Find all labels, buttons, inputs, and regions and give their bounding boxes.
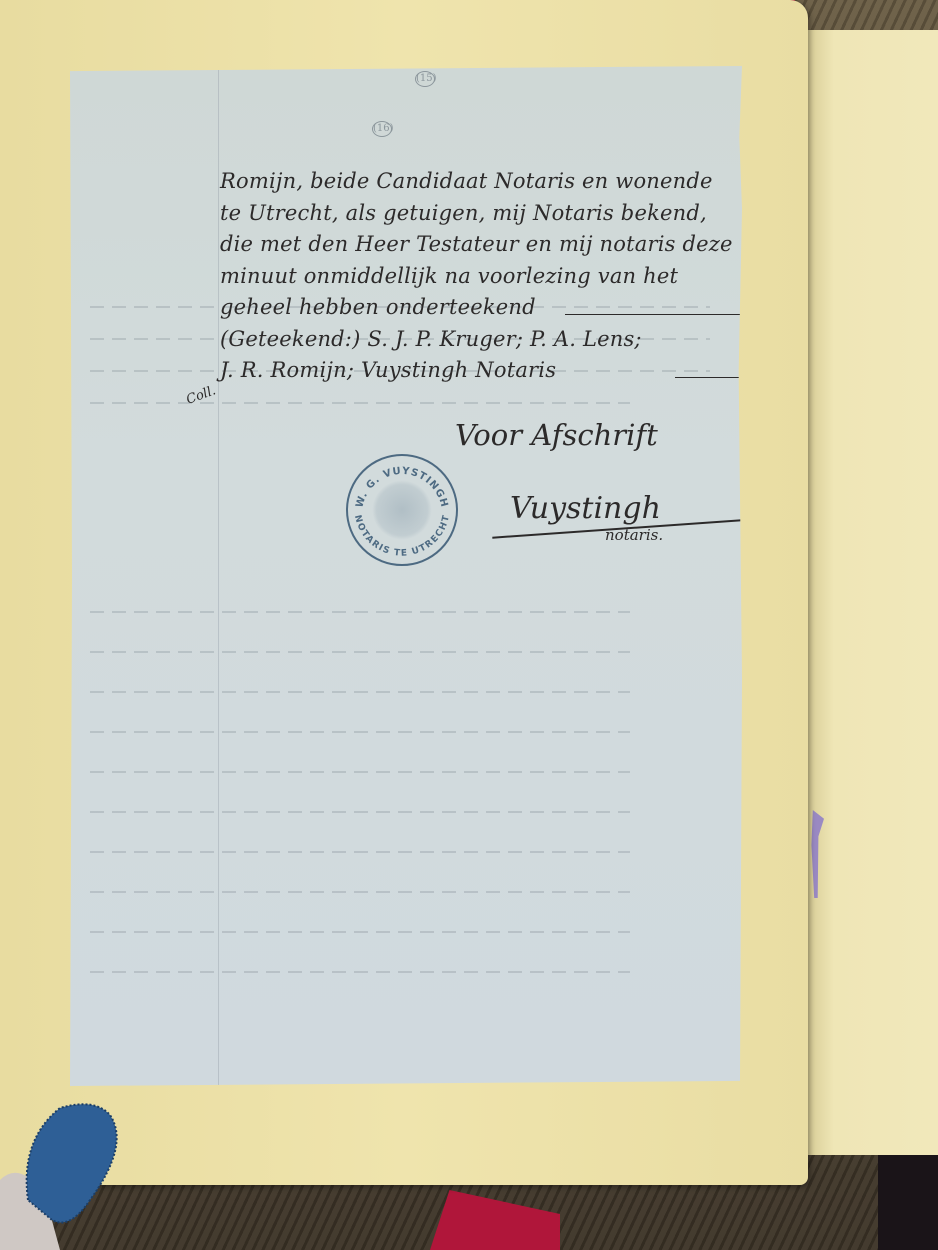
- svg-text:W. G. VUYSTINGH: W. G. VUYSTINGH: [354, 466, 449, 509]
- page-number-annotation: (15): [415, 71, 435, 87]
- bleed-through-line: [90, 651, 630, 653]
- signature-title: notaris.: [605, 526, 663, 544]
- bleed-through-line: [90, 891, 630, 893]
- marginal-collation-note: Coll.: [184, 383, 218, 407]
- page-number-annotation: (16): [372, 121, 392, 137]
- archival-folder: (15) (16) Romijn, beide Candidaat Notari…: [0, 0, 808, 1185]
- bleed-through-line: [90, 691, 630, 693]
- text-line: geheel hebben onderteekend: [220, 292, 740, 324]
- stamp-bottom-text: NOTARIS TE UTRECHT: [352, 514, 452, 559]
- bleed-through-line: [90, 611, 630, 613]
- stamp-ring-text: W. G. VUYSTINGH NOTARIS TE UTRECHT: [348, 456, 456, 564]
- certification-text: Voor Afschrift: [455, 418, 658, 452]
- document-page: (15) (16) Romijn, beide Candidaat Notari…: [70, 66, 742, 1086]
- dark-object-corner: [878, 1155, 938, 1250]
- text-line: Romijn, beide Candidaat Notaris en wonen…: [220, 166, 740, 198]
- margin-rule: [218, 66, 219, 1086]
- svg-text:NOTARIS TE UTRECHT: NOTARIS TE UTRECHT: [352, 514, 452, 559]
- gloved-thumb: [0, 1100, 140, 1250]
- bleed-through-line: [90, 811, 630, 813]
- text-line: te Utrecht, als getuigen, mij Notaris be…: [220, 198, 740, 230]
- handwritten-body: Romijn, beide Candidaat Notaris en wonen…: [220, 166, 740, 387]
- bleed-through-line: [90, 402, 630, 404]
- bleed-through-line: [90, 731, 630, 733]
- bleed-through-line: [90, 771, 630, 773]
- text-line: die met den Heer Testateur en mij notari…: [220, 229, 740, 261]
- text-line: (Geteekend:) S. J. P. Kruger; P. A. Lens…: [220, 324, 740, 356]
- notary-signature: Vuystingh: [510, 491, 661, 526]
- stamp-top-text: W. G. VUYSTINGH: [354, 466, 449, 509]
- text-line: minuut onmiddellijk na voorlezing van he…: [220, 261, 740, 293]
- bleed-through-line: [90, 931, 630, 933]
- text-line: J. R. Romijn; Vuystingh Notaris: [220, 355, 740, 387]
- bleed-through-line: [90, 851, 630, 853]
- bleed-through-line: [90, 971, 630, 973]
- notary-seal-stamp: W. G. VUYSTINGH NOTARIS TE UTRECHT: [346, 454, 458, 566]
- folder-right-flap: [808, 30, 938, 1155]
